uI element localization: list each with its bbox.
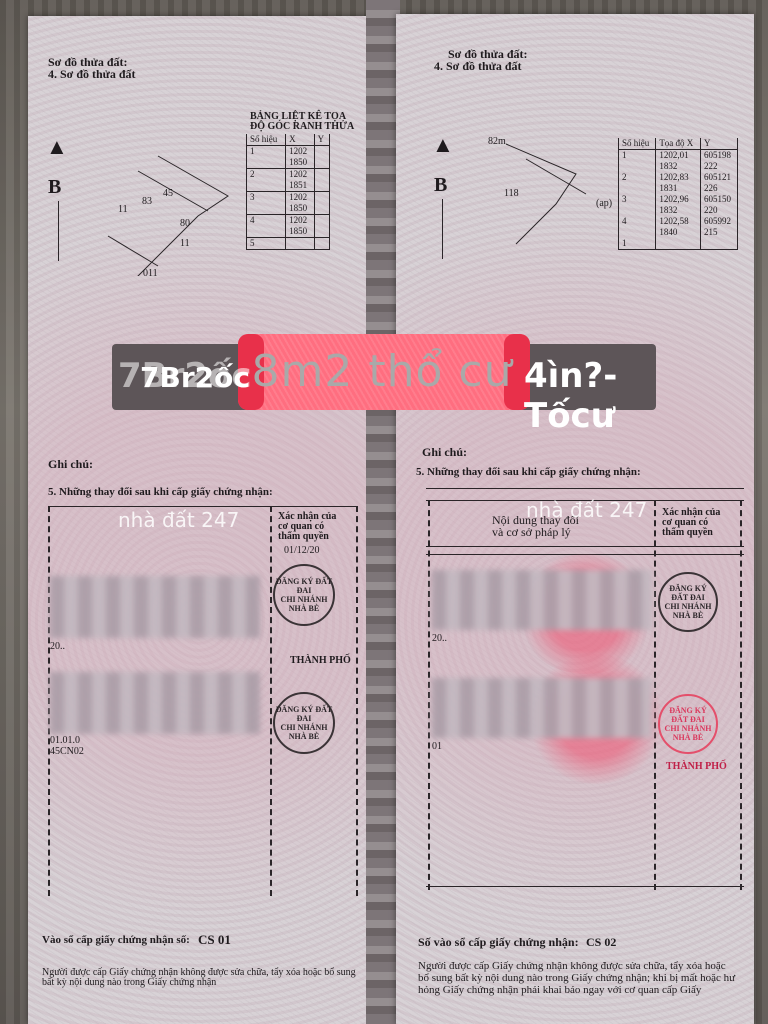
svg-text:45: 45 <box>163 188 173 199</box>
right-section-heading-2: 4. Sơ đồ thửa đất <box>434 60 522 72</box>
table-row: 1850 <box>247 226 330 238</box>
table-row: 41202 <box>247 215 330 227</box>
col-header: X <box>286 134 315 146</box>
table-right-border <box>740 500 742 890</box>
redacted-block <box>50 672 260 734</box>
official-stamp: ĐĂNG KÝ ĐẤT ĐAICHI NHÁNHNHÀ BÈ <box>273 564 335 626</box>
table-row: 1832220 <box>619 205 738 216</box>
left-row-date-2: 01.01.0 <box>50 736 80 746</box>
left-row-date-3: 45CN02 <box>50 747 84 757</box>
table-row: 1851 <box>247 180 330 192</box>
table-bottom-rule <box>426 886 744 887</box>
coord-table-left: Số hiệuXY 11202 1850 21202 1851 31202 18… <box>246 134 330 250</box>
table-col-divider <box>270 506 272 896</box>
official-stamp: ĐĂNG KÝ ĐẤT ĐAICHI NHÁNHNHÀ BÈ <box>658 694 718 754</box>
table-header-bottom-rule <box>426 546 744 547</box>
official-stamp: ĐĂNG KÝ ĐẤT ĐAICHI NHÁNHNHÀ BÈ <box>273 692 335 754</box>
table-row: 21202,83605121 <box>619 172 738 183</box>
right-row-date-2: 01 <box>432 742 442 752</box>
north-arrow-icon: ▲ <box>432 132 454 158</box>
table-row: 1850 <box>247 157 330 169</box>
land-plot-sketch: 82m 118 (ap) <box>486 124 636 264</box>
watermark-text: nhà đất 247 <box>118 508 239 532</box>
land-plot-sketch: 83 11 45 80 11 011 <box>88 116 258 276</box>
north-arrow-icon: ▲ <box>46 134 68 160</box>
table-row: 21202 <box>247 169 330 181</box>
table-row: 1850 <box>247 203 330 215</box>
table-row: 1840215 <box>619 227 738 238</box>
table-top-rule <box>48 506 358 507</box>
coord-table-right: Số hiệuTọa độ XY 11202,01605198 1832222 … <box>618 138 738 250</box>
right-sign-col-3: thẩm quyền <box>662 528 713 538</box>
listing-overlay-banner: 7Br2ốc 7Br2ốc 8m2 thổ cư 4ìn?-Tốcư <box>112 334 656 414</box>
redacted-block <box>432 678 652 738</box>
coord-table-title-2: ĐỘ GÓC RANH THỬA <box>250 122 354 132</box>
certificate-left-page: Sơ đồ thửa đất: 4. Sơ đồ thửa đất ▲ B 83… <box>28 16 370 1024</box>
left-footer-line: Vào sổ cấp giấy chứng nhận số: <box>42 934 190 946</box>
certificate-right-page: Sơ đồ thửa đất: 4. Sơ đồ thửa đất ▲ B 82… <box>396 14 754 1024</box>
svg-text:11: 11 <box>118 204 128 215</box>
table-row: 5 <box>247 238 330 250</box>
north-arrow-label: B <box>48 176 61 199</box>
table-top-rule <box>426 488 744 489</box>
banner-right-label: 4ìn?-Tốcư <box>524 356 656 436</box>
table-row: 1832222 <box>619 161 738 172</box>
left-row-date-1: 20.. <box>50 642 65 652</box>
redacted-block <box>50 576 260 638</box>
table-row: 1 <box>619 238 738 250</box>
left-footer-note: Người được cấp Giấy chứng nhận không đượ… <box>42 968 362 988</box>
right-footer-line: Số vào sổ cấp giấy chứng nhận: <box>418 936 579 948</box>
banner-headline: 8m2 thổ cư <box>232 344 532 400</box>
left-sign-date: 01/12/20 <box>284 546 320 556</box>
table-left-border <box>428 500 430 890</box>
svg-text:83: 83 <box>142 196 152 207</box>
table-row: 1831226 <box>619 183 738 194</box>
left-changes-heading: 5. Những thay đổi sau khi cấp giấy chứng… <box>48 486 273 498</box>
right-stamp-caption: THÀNH PHỐ <box>666 762 727 772</box>
left-sign-col-3: thẩm quyền <box>278 532 329 542</box>
left-stamp-caption: THÀNH PHỐ <box>290 656 351 666</box>
watermark-text: nhà đất 247 <box>526 498 647 522</box>
redacted-block <box>432 570 652 630</box>
left-section-heading-2: 4. Sơ đồ thửa đất <box>48 68 136 80</box>
changes-col-title-2: và cơ sở pháp lý <box>492 526 571 538</box>
right-changes-heading: 5. Những thay đổi sau khi cấp giấy chứng… <box>416 466 641 478</box>
table-row: 11202,01605198 <box>619 150 738 162</box>
table-row: 11202 <box>247 146 330 158</box>
left-notes-heading: Ghi chú: <box>48 458 93 470</box>
svg-text:118: 118 <box>504 188 519 199</box>
svg-text:11: 11 <box>180 238 190 249</box>
table-row: 41202,58605992 <box>619 216 738 227</box>
svg-text:82m: 82m <box>488 136 506 147</box>
left-footer-code: CS 01 <box>198 934 231 946</box>
right-notes-heading: Ghi chú: <box>422 446 467 458</box>
book-spine <box>366 0 400 1024</box>
table-row: 31202,96605150 <box>619 194 738 205</box>
col-header: Y <box>314 134 329 146</box>
north-arrow-label: B <box>434 174 447 197</box>
svg-text:011: 011 <box>143 268 158 276</box>
svg-text:80: 80 <box>180 218 190 229</box>
north-axis <box>442 199 443 259</box>
official-stamp: ĐĂNG KÝ ĐẤT ĐAICHI NHÁNHNHÀ BÈ <box>658 572 718 632</box>
north-axis <box>58 201 59 261</box>
right-row-date-1: 20.. <box>432 634 447 644</box>
table-row: 31202 <box>247 192 330 204</box>
col-header: Số hiệu <box>247 134 286 146</box>
table-right-border <box>356 506 358 896</box>
right-footer-code: CS 02 <box>586 936 616 948</box>
svg-text:(ap): (ap) <box>596 198 612 209</box>
right-footer-note: Người được cấp Giấy chứng nhận không đượ… <box>418 960 738 996</box>
